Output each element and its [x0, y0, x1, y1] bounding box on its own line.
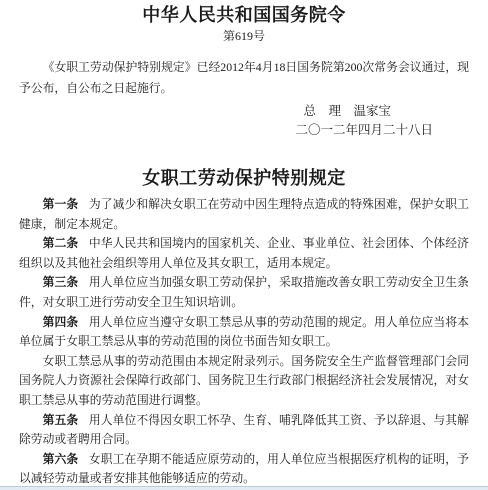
article-paragraph: 第二条中华人民共和国境内的国家机关、企业、事业单位、社会团体、个体经济组织以及其… [19, 234, 469, 273]
article-text: 为了减少和解决女职工在劳动中因生理特点造成的特殊困难，保护女职工健康，制定本规定… [19, 197, 469, 231]
article-text: 用人单位应当遵守女职工禁忌从事的劳动范围的规定。用人单位应当将本单位属于女职工禁… [19, 315, 469, 349]
decree-preamble: 《女职工劳动保护特别规定》已经2012年4月18日国务院第200次常务会议通过，… [19, 57, 469, 99]
article-paragraph: 第四条用人单位应当遵守女职工禁忌从事的劳动范围的规定。用人单位应当将本单位属于女… [19, 313, 469, 352]
decree-title: 中华人民共和国国务院令 [19, 5, 469, 26]
bottom-edge-strip [0, 486, 488, 490]
article-label: 第三条 [43, 275, 79, 289]
regulation-title: 女职工劳动保护特别规定 [19, 167, 469, 189]
document-page: 中华人民共和国国务院令 第619号 《女职工劳动保护特别规定》已经2012年4月… [0, 5, 488, 489]
article-label: 第四条 [43, 315, 79, 329]
decree-date: 二〇一二年四月二十八日 [19, 121, 469, 140]
article-paragraph: 第六条女职工在孕期不能适应原劳动的，用人单位应当根据医疗机构的证明，予以减轻劳动… [19, 450, 469, 489]
article-label: 第五条 [43, 413, 79, 427]
article-text: 中华人民共和国境内的国家机关、企业、事业单位、社会团体、个体经济组织以及其他社会… [19, 236, 469, 270]
premier-signature: 总 理 温家宝 [19, 102, 469, 121]
article-paragraph: 女职工禁忌从事的劳动范围由本规定附录列示。国务院安全生产监督管理部门会同国务院人… [19, 352, 469, 411]
article-paragraph: 第三条用人单位应当加强女职工劳动保护，采取措施改善女职工劳动安全卫生条件，对女职… [19, 273, 469, 312]
article-text: 女职工在孕期不能适应原劳动的，用人单位应当根据医疗机构的证明，予以减轻劳动量或者… [19, 452, 469, 486]
article-text: 用人单位不得因女职工怀孕、生育、哺乳降低其工资、予以辞退、与其解除劳动或者聘用合… [19, 413, 469, 447]
regulation-body: 第一条为了减少和解决女职工在劳动中因生理特点造成的特殊困难，保护女职工健康，制定… [19, 195, 469, 489]
article-text: 用人单位应当加强女职工劳动保护，采取措施改善女职工劳动安全卫生条件，对女职工进行… [19, 275, 469, 309]
article-paragraph: 第一条为了减少和解决女职工在劳动中因生理特点造成的特殊困难，保护女职工健康，制定… [19, 195, 469, 234]
article-label: 第六条 [43, 452, 79, 466]
decree-number: 第619号 [19, 29, 469, 43]
article-paragraph: 第五条用人单位不得因女职工怀孕、生育、哺乳降低其工资、予以辞退、与其解除劳动或者… [19, 411, 469, 450]
article-label: 第一条 [43, 197, 79, 211]
article-label: 第二条 [43, 236, 79, 250]
article-text: 女职工禁忌从事的劳动范围由本规定附录列示。国务院安全生产监督管理部门会同国务院人… [19, 354, 469, 407]
